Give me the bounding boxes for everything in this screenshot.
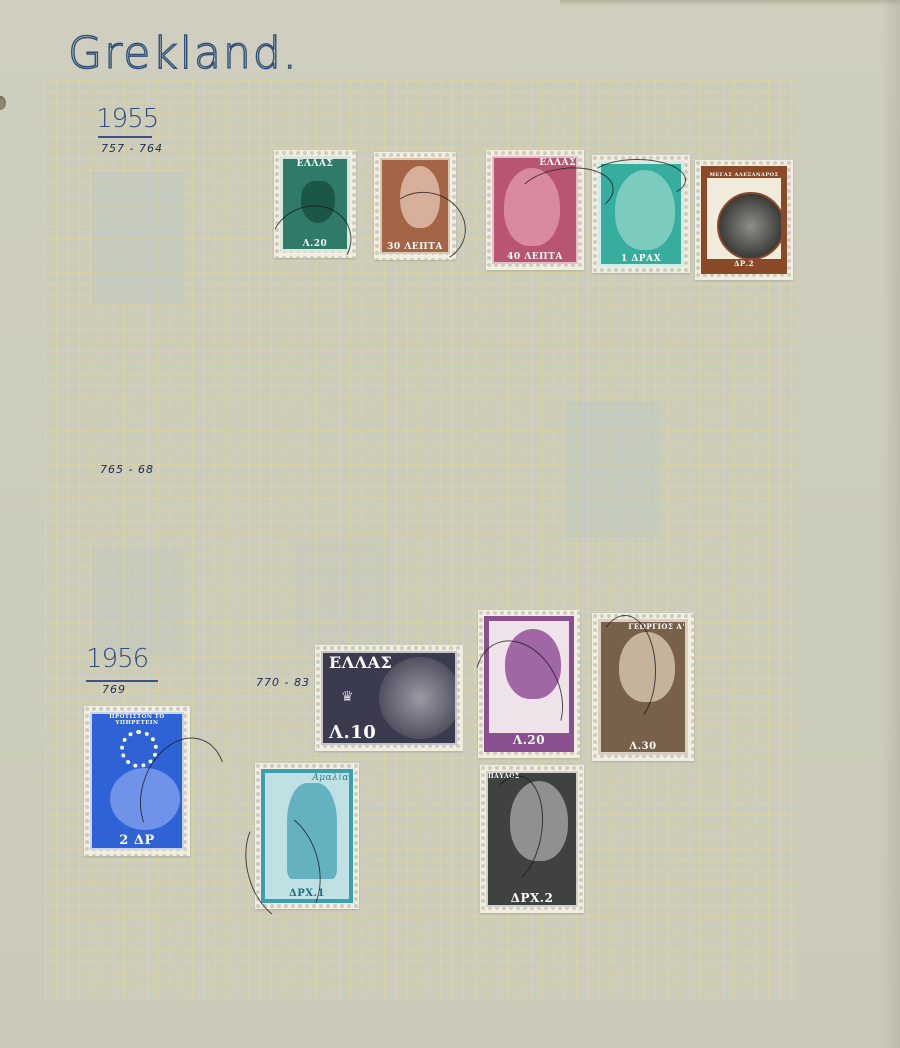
year-underline — [98, 136, 152, 138]
page-title: Grekland. — [68, 28, 299, 79]
stamp-pericles: . 30 ΛΕΠΤΑ — [374, 152, 456, 260]
catalog-range: 757 - 764 — [101, 142, 163, 155]
stamp-alexander: ΜΕΓΑΣ ΑΛΕΞΑΝΔΡΟΣ ΔΡ.2 — [695, 160, 793, 280]
stamp-alexander-king: ΕΛΛΑΣ ♛ Λ.10 — [315, 645, 463, 751]
stamp-apollo: . 1 ΔΡΑΧ — [592, 155, 690, 273]
album-page: Grekland. 1955 757 - 764 765 - 68 1956 7… — [0, 0, 900, 1048]
stamp-amalia: Αμαλία ΔΡΧ.1 — [255, 763, 359, 909]
catalog-range: 765 - 68 — [100, 463, 154, 476]
stamp-ghost — [565, 402, 660, 538]
stamp-rotary: ΠΡΟΤΙΣΤΟΝ ΤΟ ΥΠΗΡΕΤΕΙΝ 2 ΔΡ — [84, 706, 190, 856]
catalog-range: 770 - 83 — [256, 676, 310, 689]
postmark — [594, 615, 656, 727]
coin-portrait-icon — [717, 192, 785, 260]
binder-hole — [0, 96, 6, 110]
page-top-edge — [560, 0, 900, 6]
crown-icon: ♛ — [341, 689, 354, 705]
year-heading-1956: 1956 — [86, 644, 148, 674]
stamp-bull-head: ΕΛΛΑΣ Λ.20 — [274, 150, 356, 258]
catalog-range: 769 — [102, 683, 126, 696]
stamp-paul: ΠΑΥΛΟΣ ΔΡΧ.2 — [480, 765, 584, 913]
year-heading-1955: 1955 — [96, 104, 158, 134]
stamp-ghost — [92, 548, 184, 658]
stamp-ghost — [92, 172, 184, 304]
stamp-constantine: . Λ.20 — [478, 610, 580, 758]
year-underline — [86, 680, 158, 682]
stamp-zeus: ΕΛΛΑΣ 40 ΛΕΠΤΑ — [486, 150, 584, 270]
stamp-ghost — [295, 540, 390, 650]
stamp-george: ΓΕΩΡΓΙΟΣ Α' Λ.30 — [592, 613, 694, 761]
page-right-edge — [882, 0, 900, 1048]
postmark — [588, 159, 686, 201]
